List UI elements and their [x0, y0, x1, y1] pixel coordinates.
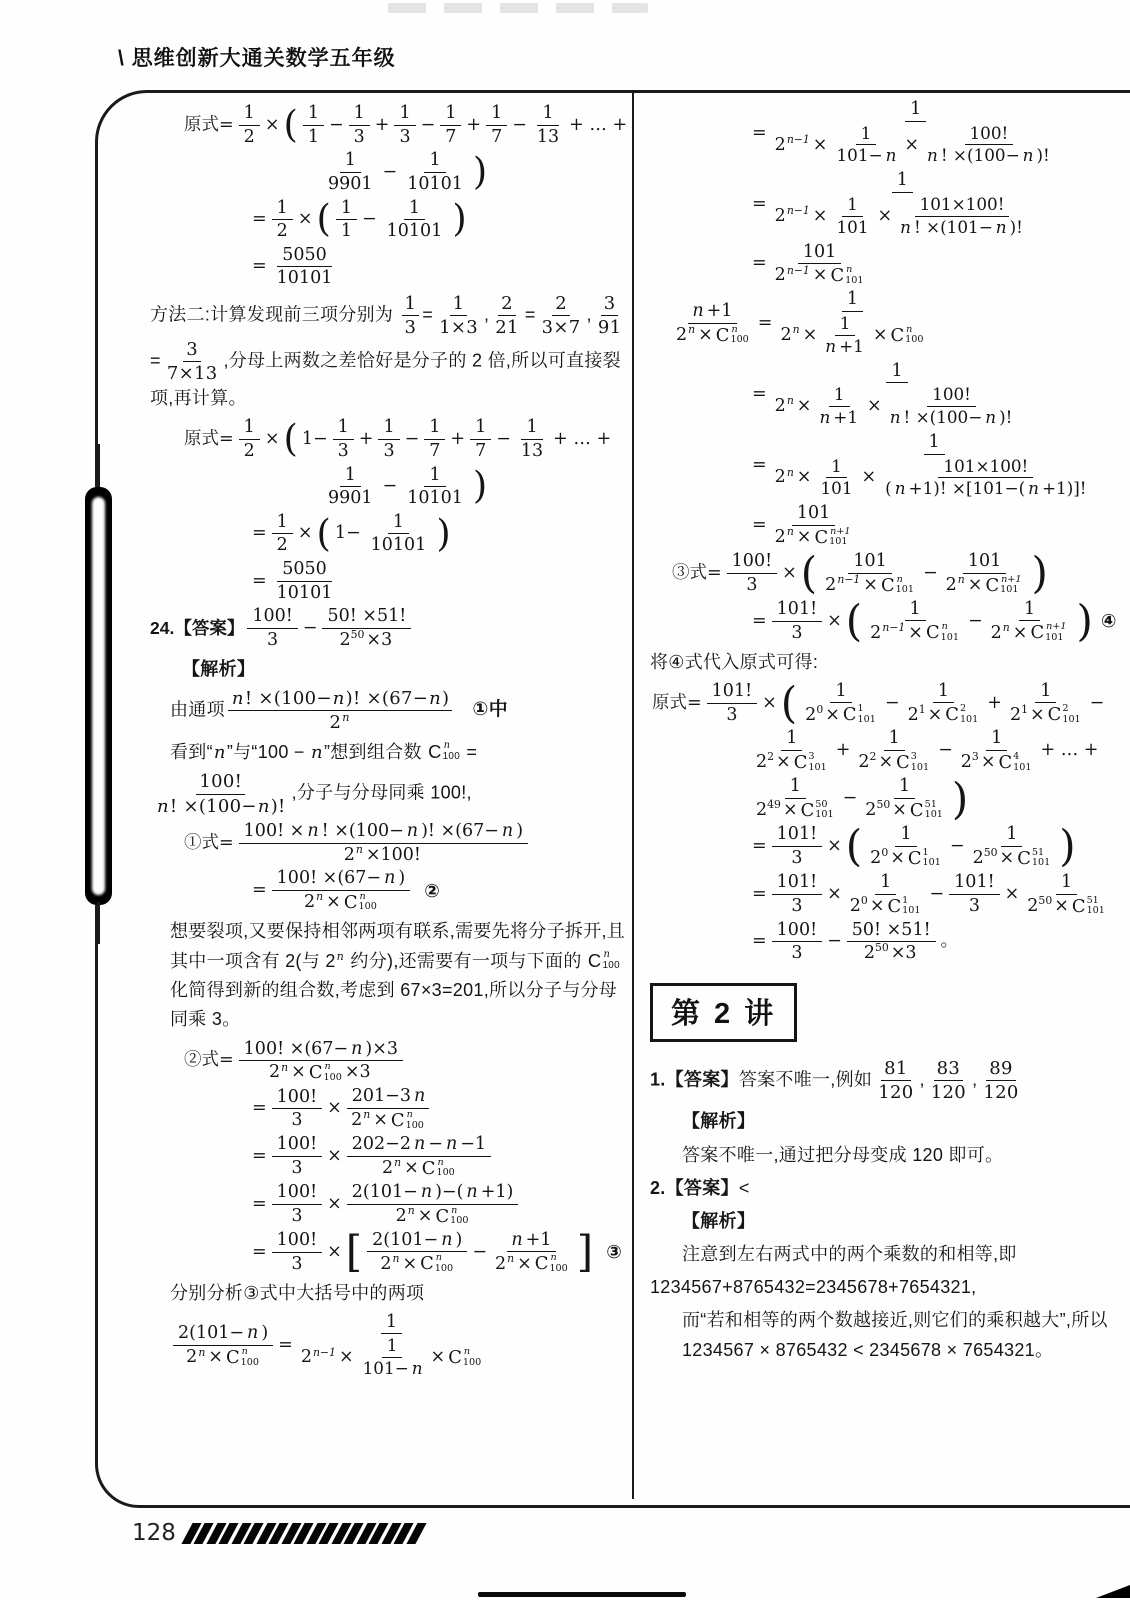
combination-scripts: n101 — [896, 575, 914, 596]
formula-line: 原式=12×(11−13+13−17+17−113+ … + — [182, 103, 632, 147]
numerator: 1 — [450, 293, 468, 316]
denominator: 2 — [239, 126, 260, 148]
math-text: = — [250, 523, 269, 544]
fraction: 2(101−n)2n×Cn100 — [367, 1230, 467, 1275]
variable: n — [984, 408, 997, 428]
denominator: 2n−1×1101−n×Cn100 — [298, 1334, 485, 1380]
math-text: 3 — [397, 127, 412, 148]
math-text: 1 — [405, 293, 417, 314]
math-text: − — [948, 836, 967, 857]
numerator: 101! — [949, 872, 999, 895]
power: 2n — [325, 947, 345, 976]
math-text: 3 — [405, 317, 417, 338]
denominator: 1 — [303, 126, 324, 148]
math-text: 7 — [443, 127, 458, 148]
bracket: ) — [1059, 825, 1075, 868]
math-text: 100! — [275, 1230, 319, 1251]
numerator: 1 — [895, 824, 916, 847]
combination-letter: C — [926, 622, 940, 643]
numerator: 1 — [239, 103, 260, 126]
fraction: n+12n×Cn100 — [492, 1230, 572, 1275]
math-text: + … + — [1039, 740, 1101, 761]
power-base: 2 — [850, 896, 861, 916]
combination-scripts: 1101 — [858, 704, 876, 725]
text-paragraph: 看到“n”与“100 − n”想到组合数 Cn100 = — [170, 737, 632, 767]
denominator: 2n — [326, 711, 353, 733]
combination-scripts: n100 — [602, 950, 619, 972]
numerator: 1 — [272, 198, 293, 221]
variable: n — [995, 218, 1008, 238]
math-text: 3 — [289, 1158, 304, 1179]
math-text: 。 — [939, 931, 961, 952]
math-text: 方法二:计算发现前三项分别为 — [150, 305, 399, 325]
math-text: 分别分析③式中大括号中的两项 — [170, 1283, 424, 1303]
math-text: × — [371, 1110, 390, 1131]
numerator: 1 — [486, 103, 507, 126]
exponent: 0 — [881, 846, 888, 859]
combination-symbol: Cn100 — [535, 1253, 568, 1274]
power-base: 2 — [325, 951, 335, 971]
math-text: 1 — [343, 465, 358, 486]
power: 2n — [780, 325, 800, 346]
bracket: ) — [1076, 600, 1092, 643]
combination-superscript: n — [406, 1110, 414, 1121]
denominator: 21 — [492, 316, 522, 338]
variable: n — [413, 1086, 426, 1107]
math-text: = — [422, 305, 433, 325]
combination-subscript: 101 — [1032, 858, 1050, 869]
variable: n — [306, 821, 319, 842]
math-text: 100! — [275, 1087, 319, 1108]
math-text: − — [381, 162, 400, 183]
math-text: − — [841, 788, 860, 809]
math-text: 约分),还需要有一项与下面的 — [345, 951, 587, 971]
formula-line: =101!3×(120×C1101−1250×C51101) — [750, 824, 1118, 869]
math-text: ) — [514, 821, 525, 842]
math-text: = — [750, 253, 769, 274]
variable: n — [257, 796, 271, 817]
math-text: 89 — [989, 1058, 1013, 1079]
numerator: 100! — [965, 124, 1014, 146]
math-text: 2 — [275, 535, 290, 556]
math-text: 1 — [352, 103, 367, 124]
math-text: = — [750, 194, 769, 215]
numerator: 1 — [892, 170, 913, 193]
combination-symbol: Cn101 — [926, 622, 959, 643]
text-paragraph: 想要裂项,又要保持相邻两项有联系,需要先将分子拆开,且其中一项含有 2(与 2n… — [170, 917, 632, 1035]
math-text: = — [250, 256, 269, 277]
math-text: ①式= — [182, 833, 236, 854]
combination-letter: C — [435, 1206, 449, 1227]
text-paragraph: 【解析】 — [682, 1207, 1118, 1236]
fraction: 100! ×(67−n)2n×Cn100 — [272, 868, 411, 913]
power-base: 2 — [756, 800, 767, 820]
combination-symbol: Cn100 — [226, 1347, 259, 1368]
math-text: , — [587, 305, 592, 325]
math-text: 1 — [845, 289, 860, 310]
denominator: 120 — [875, 1081, 916, 1103]
fraction: 113 — [532, 103, 564, 147]
combination-subscript: 101 — [911, 763, 929, 774]
fraction: 1249×C50101 — [753, 776, 838, 821]
math-text: × — [289, 1062, 308, 1083]
math-text: ”想到组合数 — [324, 742, 427, 762]
math-text: × — [774, 752, 793, 773]
combination-scripts: n100 — [463, 1347, 481, 1368]
math-text: 83 — [937, 1058, 961, 1079]
combination-scripts: 1101 — [902, 896, 920, 917]
math-text: − — [936, 740, 955, 761]
math-text: 1 — [1004, 824, 1019, 845]
math-text: + — [985, 693, 1004, 714]
math-text: × — [325, 1194, 344, 1215]
math-text: × — [325, 1146, 344, 1167]
math-text: 将④式代入原式可得: — [650, 652, 818, 672]
formula-line: =100!3×2(101−n)−(n+1)2n×Cn100 — [250, 1182, 632, 1227]
math-text: 1 — [275, 198, 290, 219]
math-text: 7 — [473, 441, 488, 462]
combination-scripts: n100 — [730, 325, 748, 346]
power: 20 — [870, 848, 888, 869]
power: 2n — [676, 325, 696, 346]
combination-symbol: Cn101 — [881, 575, 914, 596]
math-text: 1 — [242, 103, 257, 124]
math-text: 1 — [384, 1312, 399, 1333]
combination-subscript: 100 — [241, 1358, 259, 1369]
math-text: × — [861, 575, 880, 596]
combination-letter: C — [535, 1253, 549, 1274]
denominator: 2n×Cn100 — [301, 891, 381, 913]
fraction: 110101 — [366, 512, 432, 556]
combination-letter: C — [999, 752, 1013, 773]
math-text: × — [825, 884, 844, 905]
combination-symbol: C1101 — [908, 848, 941, 869]
variable: n — [894, 479, 907, 499]
math-text: + — [357, 429, 376, 450]
combination-scripts: n100 — [406, 1110, 424, 1131]
math-text: 1 — [336, 417, 351, 438]
numerator: 1 — [394, 103, 415, 126]
combination-scripts: 3101 — [808, 752, 826, 773]
math-text: , — [484, 305, 489, 325]
denominator: 101−n — [358, 1358, 427, 1379]
exponent: n — [407, 1204, 416, 1217]
power-base: 2 — [973, 848, 984, 868]
exponent: n — [687, 323, 696, 336]
math-text: 101! — [775, 599, 819, 620]
denominator: n! ×(100−n)! — [886, 407, 1018, 428]
combination-scripts: n101 — [845, 265, 863, 286]
numerator: 2(101−n) — [367, 1230, 467, 1253]
fraction: 120×C1101 — [867, 824, 945, 869]
combination-letter: C — [1017, 848, 1031, 869]
math-text: )! — [1034, 146, 1051, 166]
denominator: 2 — [272, 220, 293, 242]
combination-symbol: C50101 — [801, 800, 834, 821]
denominator: 7 — [440, 126, 461, 148]
page-footer: 128 — [132, 1520, 421, 1546]
fraction: 12 — [239, 417, 260, 461]
math-text: 1 — [427, 150, 442, 171]
math-text: × — [825, 836, 844, 857]
formula-line: 1249×C50101−1250×C51101) — [750, 776, 1118, 821]
denominator: 21×C2101 — [905, 703, 983, 725]
combination-subscript: 101 — [1087, 906, 1105, 917]
denominator: 2n×Cn100 — [393, 1205, 473, 1227]
combination-symbol: C2101 — [1048, 704, 1081, 725]
fraction: 1012n−1×Cn101 — [822, 551, 918, 596]
denominator: 2n×Cn100×3 — [266, 1061, 376, 1083]
numerator: 1 — [340, 465, 361, 488]
math-text: < — [739, 1178, 750, 1198]
fraction: 12n−1×1101×101×100!n! ×(101−n)! — [772, 170, 1033, 238]
denominator: 250×C51101 — [862, 799, 947, 821]
variable: n — [510, 1230, 523, 1251]
fraction: 221 — [492, 293, 522, 338]
math-text: × — [795, 396, 814, 417]
combination-subscript: 100 — [549, 1264, 567, 1275]
numerator: 100! — [927, 385, 976, 407]
math-text: 101 — [966, 551, 1003, 572]
numerator: 1 — [986, 728, 1007, 751]
bracket: ) — [452, 201, 466, 238]
combination-scripts: n+1101 — [1000, 575, 1022, 596]
math-text: − — [494, 429, 513, 450]
combination-symbol: C1101 — [843, 704, 876, 725]
math-text: 1 — [473, 417, 488, 438]
equation-marker: ①中 — [461, 699, 508, 720]
math-text: × — [429, 1347, 448, 1368]
text-paragraph: 由通项n! ×(100−n)! ×(67−n)2n ①中 — [170, 688, 632, 733]
formula-line: =100!3−50! ×51!250×3。 — [750, 920, 1118, 964]
math-text: 9901 — [326, 174, 375, 195]
math-text: 原式= — [182, 115, 236, 136]
variable: n — [332, 688, 346, 709]
power-base: 2 — [339, 630, 350, 650]
fraction: 505010101 — [272, 245, 338, 289]
numerator: 2 — [498, 293, 516, 316]
math-text: 2 — [501, 293, 513, 314]
variable: n — [1027, 479, 1040, 499]
variable: n — [156, 796, 170, 817]
power: 2n — [991, 623, 1011, 644]
math-text: )! — [1008, 218, 1025, 238]
math-text: 100! ×(67− — [242, 1039, 350, 1060]
exponent: 50 — [876, 798, 890, 811]
bold-text: 【解析】 — [682, 1211, 755, 1231]
fraction: 2(101−n)2n×Cn100 — [173, 1323, 273, 1368]
combination-symbol: C51101 — [1017, 848, 1050, 869]
numerator: 101! — [772, 872, 822, 895]
math-text: 1 — [1022, 599, 1037, 620]
math-text: × — [868, 896, 887, 917]
math-text: 13 — [519, 441, 545, 462]
math-text: 1 — [391, 512, 406, 533]
math-text: 1 — [407, 198, 422, 219]
numerator: 1 — [924, 432, 945, 455]
combination-subscript: 100 — [602, 961, 619, 972]
equation-marker: ② — [419, 880, 440, 902]
math-text: 101 — [801, 242, 838, 263]
denominator: 2n×1n+1×100!n! ×(100−n)! — [772, 383, 1023, 429]
exponent: 3 — [972, 751, 979, 764]
math-text: − — [301, 618, 320, 639]
combination-subscript: 101 — [1045, 633, 1063, 644]
power-base: 2 — [946, 575, 957, 595]
formula-line: 19901−110101) — [320, 465, 632, 509]
combination-letter: C — [588, 946, 602, 976]
math-text: 101×100! — [918, 195, 1007, 215]
math-text: 3 — [289, 1206, 304, 1227]
variable: n — [445, 1134, 458, 1155]
math-text: ) — [442, 688, 449, 709]
numerator: 3 — [601, 293, 619, 316]
math-text: 10101 — [405, 488, 465, 509]
numerator: 101×100! — [915, 195, 1010, 217]
power: 22 — [858, 752, 876, 773]
bracket: ( — [801, 552, 817, 595]
combination-letter: C — [428, 737, 442, 767]
numerator: n! ×(100−n)! ×(67−n) — [228, 688, 452, 711]
exponent: n — [393, 1156, 402, 1169]
fraction: 11 — [303, 103, 324, 147]
power: 21 — [1010, 705, 1028, 726]
combination-symbol: Cn100 — [891, 325, 924, 346]
combination-subscript: 101 — [941, 633, 959, 644]
math-text: 101− — [361, 1359, 411, 1379]
fraction: 50! ×51!250×3 — [322, 606, 411, 650]
math-text: 9901 — [326, 488, 375, 509]
math-text: 100! — [275, 1182, 319, 1203]
denominator: 101 — [815, 478, 857, 499]
fraction: 1n+1 — [815, 385, 863, 428]
math-text: 101×100! — [941, 457, 1030, 477]
bracket: ( — [781, 682, 797, 725]
math-text: ) — [259, 1323, 270, 1344]
fraction: 123×C4101 — [958, 728, 1036, 773]
fraction: 1101 — [815, 457, 857, 500]
numerator: 101! — [772, 599, 822, 622]
combination-scripts: n101 — [941, 622, 959, 643]
fraction: 11×3 — [436, 293, 481, 338]
math-text: , — [972, 1069, 977, 1089]
formula-line: 24.【答案】100!3−50! ×51!250×3 — [150, 606, 632, 650]
math-text: 注意到左右两式中的两个乘数的和相等,即 — [682, 1244, 1017, 1264]
math-text: 2(101− — [176, 1323, 246, 1344]
math-text: − — [360, 209, 379, 230]
numerator: 1 — [829, 385, 850, 407]
fraction: 1n+1 — [821, 314, 869, 357]
fraction: 11 — [336, 198, 357, 242]
power: 2n−1 — [775, 135, 811, 156]
power-base: 2 — [269, 1062, 280, 1082]
fraction: 1012n−1×Cn101 — [772, 242, 868, 287]
variable: n — [899, 218, 912, 238]
math-text: = — [750, 123, 769, 144]
text-paragraph: 注意到左右两式中的两个乘数的和相等,即 — [682, 1240, 1118, 1269]
math-text: 2(101− — [370, 1230, 440, 1251]
power: 2n — [396, 1206, 416, 1227]
exponent: n — [957, 573, 966, 586]
exponent: 50 — [351, 628, 365, 641]
power-base: 2 — [301, 1347, 312, 1367]
variable: n — [413, 1134, 426, 1155]
numerator: 1 — [1035, 681, 1056, 704]
fraction: 120×C1101 — [802, 681, 880, 726]
combination-symbol: Cn100 — [435, 1206, 468, 1227]
numerator: 100! — [272, 1134, 322, 1157]
fraction: 13 — [394, 103, 415, 147]
math-text: − — [510, 115, 529, 136]
math-text: − — [419, 115, 438, 136]
formula-line: ②式=100! ×(67−n)×32n×Cn100×3 — [182, 1039, 632, 1084]
combination-scripts: n100 — [443, 741, 460, 763]
variable: n — [406, 821, 419, 842]
denominator: 3 — [349, 126, 370, 148]
combination-scripts: 2101 — [960, 704, 978, 725]
math-text: = — [756, 313, 775, 334]
math-text: = — [150, 350, 161, 370]
denominator: 3 — [786, 895, 807, 917]
binding-thread-top — [97, 444, 100, 490]
math-text: × — [860, 467, 879, 488]
math-text: 120 — [931, 1082, 966, 1103]
math-text: 3 — [967, 896, 982, 917]
math-text: 1 — [889, 361, 904, 382]
fraction: 89120 — [980, 1058, 1021, 1103]
bracket: ) — [473, 154, 487, 191]
fraction: 391 — [595, 293, 625, 338]
denominator: 1×3 — [436, 316, 481, 338]
fraction: 100!3 — [272, 1134, 322, 1178]
math-text: = — [750, 884, 769, 905]
fraction: 101!3 — [772, 599, 822, 643]
variable: n — [420, 1182, 433, 1203]
combination-subscript: 100 — [730, 335, 748, 346]
math-text: +1 — [837, 337, 866, 357]
numerator: 1 — [835, 314, 856, 336]
denominator: 120 — [928, 1081, 969, 1103]
denominator: 2n−1×1101−n×100!n! ×(100−n)! — [772, 122, 1060, 168]
power: 2n — [382, 1158, 402, 1179]
math-text: ! ×(100− — [320, 821, 406, 842]
math-text: = — [250, 209, 269, 230]
numerator: 1 — [826, 457, 847, 479]
fraction: 17 — [486, 103, 507, 147]
math-text: 1 — [859, 124, 874, 144]
math-text: 100! — [930, 385, 973, 405]
combination-symbol: C2101 — [945, 704, 978, 725]
math-text: 100! — [250, 606, 294, 627]
numerator: 100! — [272, 1230, 322, 1253]
combination-letter: C — [945, 704, 959, 725]
math-text: 看到“ — [170, 742, 213, 762]
formula-line: =100! ×(67−n)2n×Cn100 ② — [250, 868, 632, 913]
fraction: 12n−1×1101−n×Cn100 — [298, 1312, 485, 1380]
denominator: 250×3 — [861, 942, 922, 964]
variable: n — [383, 868, 396, 889]
math-text: − — [883, 693, 902, 714]
numerator: 1 — [856, 124, 877, 146]
power: 2n — [304, 892, 324, 913]
math-text: ③式= — [670, 563, 724, 584]
page-number: 128 — [132, 1520, 176, 1546]
variable: n — [824, 337, 837, 357]
numerator: 1 — [381, 1312, 402, 1335]
fraction: 50! ×51!250×3 — [847, 920, 936, 964]
variable: n — [231, 688, 245, 709]
math-text: × — [325, 1242, 344, 1263]
